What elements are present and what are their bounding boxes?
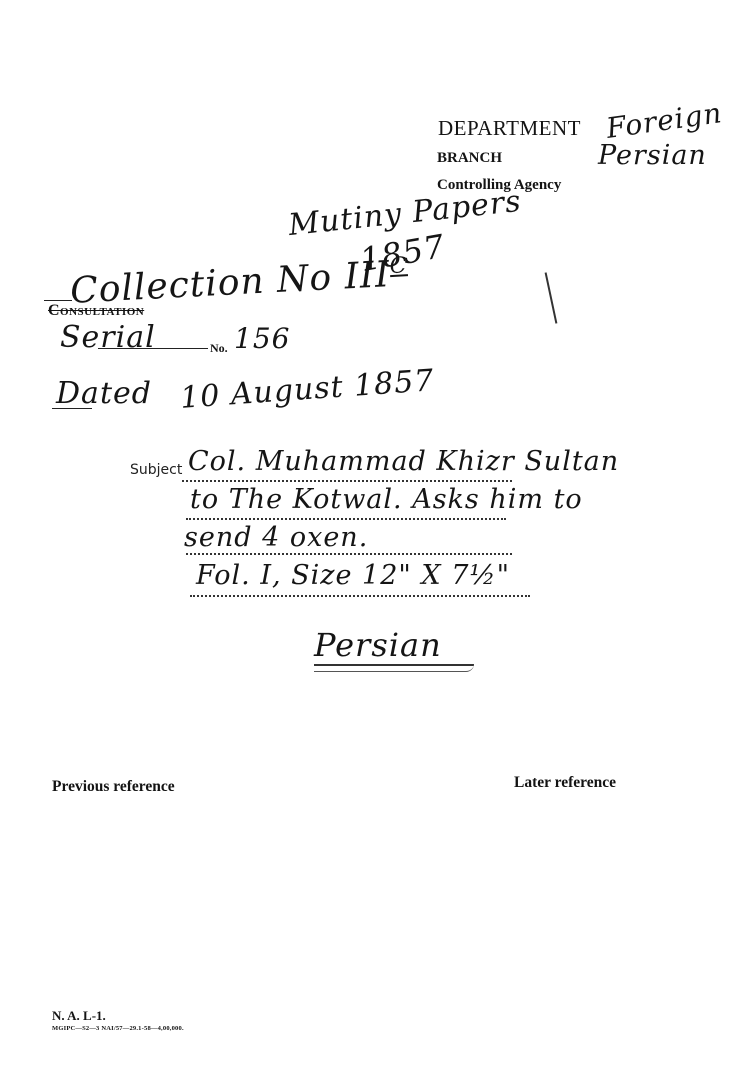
- serial-underline: [98, 348, 208, 349]
- subject-dotted-line-3: [186, 553, 512, 555]
- dated-label: Dated: [56, 376, 152, 411]
- subject-language: Persian: [314, 626, 442, 664]
- serial-handwritten-label: Serial: [60, 320, 156, 355]
- branch-label: BRANCH: [437, 150, 502, 167]
- serial-number: 156: [234, 322, 290, 355]
- subject-dotted-line-2: [186, 518, 506, 520]
- language-underline: [314, 664, 474, 672]
- printer-info: MGIPC—S2—3 NAI/57—29.1-58—4,00,000.: [52, 1025, 184, 1032]
- subject-label: Subject: [130, 462, 182, 478]
- collection-year: 1857: [357, 227, 448, 279]
- subject-dotted-line-4: [190, 595, 530, 597]
- department-value: Foreign: [604, 96, 724, 145]
- dated-underline: [52, 408, 92, 409]
- margin-pen-mark: [545, 272, 558, 323]
- form-code: N. A. L-1.: [52, 1008, 106, 1024]
- previous-reference-label: Previous reference: [52, 778, 175, 796]
- later-reference-label: Later reference: [514, 774, 616, 792]
- consultation-label: Consultation: [48, 302, 144, 320]
- serial-no-label: No.: [210, 341, 228, 356]
- branch-value: Persian: [598, 140, 707, 171]
- subject-line-3: send 4 oxen.: [184, 522, 368, 553]
- subject-dotted-line-1: [182, 480, 512, 482]
- dated-value: 10 August 1857: [179, 363, 435, 416]
- strike-mark: [44, 300, 72, 301]
- subject-line-4: Fol. I, Size 12" X 7½": [196, 560, 510, 591]
- department-label: DEPARTMENT: [438, 116, 581, 141]
- subject-line-1: Col. Muhammad Khizr Sultan: [188, 446, 619, 477]
- subject-line-2: to The Kotwal. Asks him to: [190, 484, 583, 515]
